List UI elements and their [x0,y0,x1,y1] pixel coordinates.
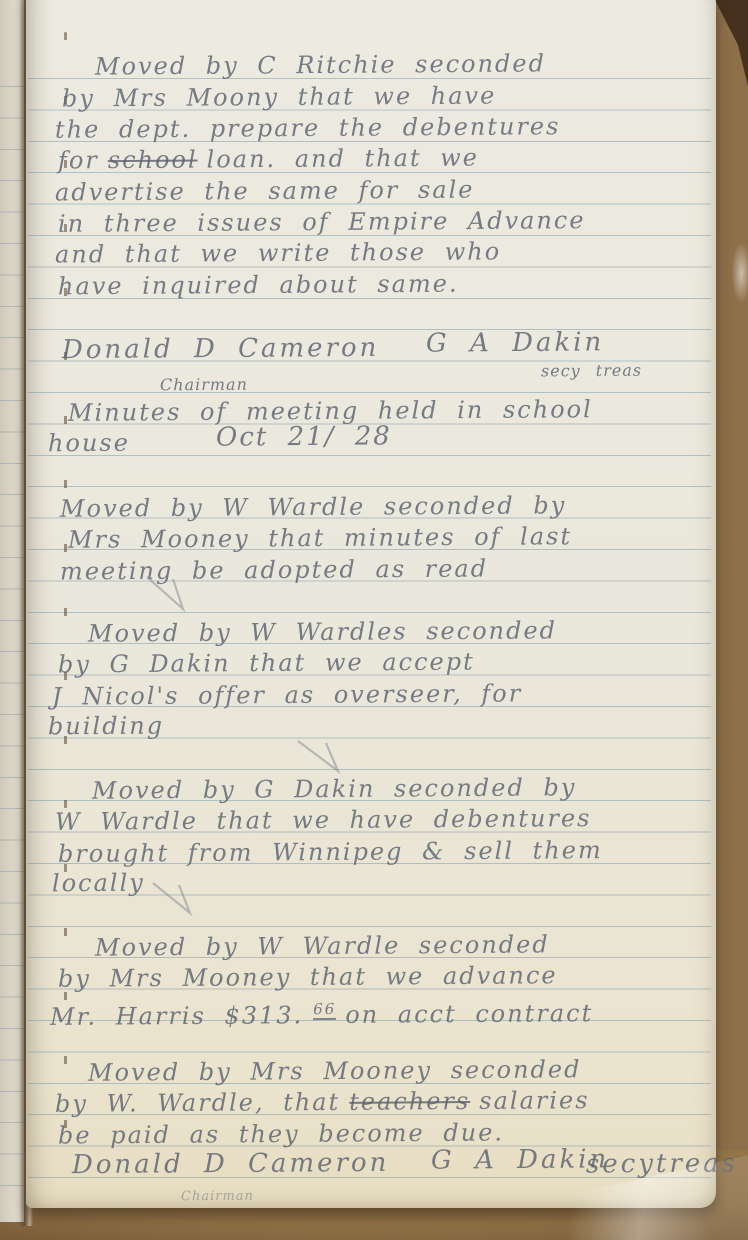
signature-chairman: Donald D Cameron [62,333,380,365]
session-heading-line: house [48,428,130,459]
text-fragment: Mr. Harris $313. [50,1001,303,1031]
signature-secretary: G A Dakin [431,1144,609,1175]
handwriting-line: Moved by Mrs Mooney seconded [88,1054,582,1087]
signature-secretary-title: secy treas [541,356,642,387]
pen-flourish [148,880,204,920]
struck-word: teachers [349,1087,470,1116]
signature-chairman-title: Chairman [181,1182,254,1213]
handwriting-line: Moved by W Wardle seconded by [60,490,566,524]
signature-secretary: G A Dakin [426,327,604,358]
photo-scene: Moved by C Ritchie seconded by Mrs Moony… [0,0,748,1240]
handwriting-line: J Nicol's offer as overseer, for [52,678,522,711]
handwriting-line: meeting be adopted as read [60,554,488,587]
pen-flourish [143,575,195,615]
handwriting-line: and that we write those who [55,236,501,269]
handwriting-line: by Mrs Moony that we have [62,80,496,113]
handwriting-line: Moved by W Wardles seconded [88,615,557,648]
meeting-date: Oct 21/ 28 [216,421,392,452]
signature-chairman: Donald D Cameron [72,1148,390,1180]
superscript-cents: 66 [313,1000,336,1020]
handwriting-line: Mr. Harris $313.66on acct contract [50,992,602,1032]
handwriting-line: in three issues of Empire Advance [58,205,586,239]
handwriting-line: brought from Winnipeg & sell them [58,835,603,869]
handwriting-line: W Wardle that we have debentures [55,803,592,837]
handwriting-line: by Mrs Mooney that we advance [58,960,558,993]
text-fragment: loan. and that we [207,144,480,174]
text-fragment: for [58,146,99,174]
handwriting-line: Mrs Mooney that minutes of last [68,521,572,555]
handwriting-line: by W. Wardle, thatteacherssalaries [55,1085,599,1119]
handwriting-line: advertise the same for sale [55,175,475,208]
handwriting-line: have inquired about same. [58,269,459,302]
handwriting-line: forschoolloan. and that we [58,142,488,175]
text-fragment: salaries [479,1086,589,1115]
handwriting-line: by G Dakin that we accept [58,647,475,680]
text-fragment: on acct contract [345,999,593,1029]
handwriting-line: Moved by W Wardle seconded [95,929,550,962]
text-fragment: by W. Wardle, that [55,1088,340,1118]
handwriting-line: Moved by C Ritchie seconded [95,48,546,81]
notebook-page: Moved by C Ritchie seconded by Mrs Moony… [26,0,716,1208]
handwriting-line: the dept. prepare the debentures [55,111,561,145]
handwriting-line: Moved by G Dakin seconded by [92,772,577,805]
struck-word: school [108,146,198,175]
handwriting-line: building [48,711,164,742]
handwriting-line: locally [52,868,145,899]
plastic-sleeve-glint [726,238,748,308]
pen-flourish [292,737,352,777]
